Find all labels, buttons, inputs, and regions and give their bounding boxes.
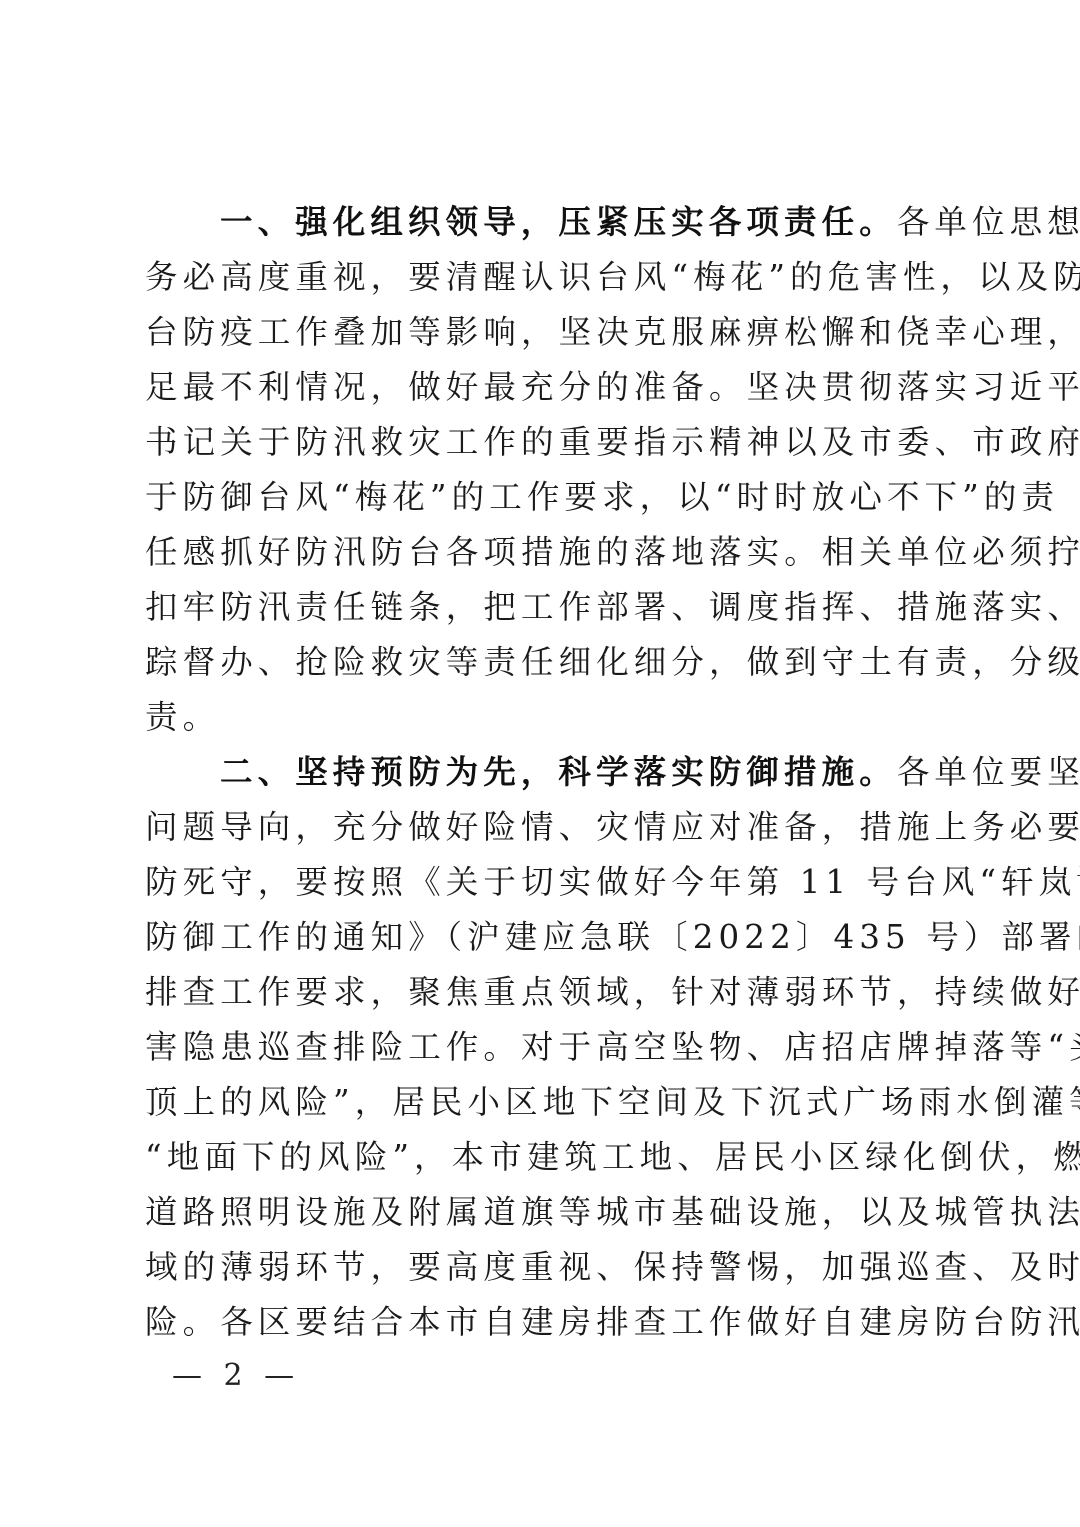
section-2-line-6: 害隐患巡查排险工作。对于高空坠物、店招店牌掉落等“头 bbox=[145, 1024, 940, 1079]
section-1-line-5: 书记关于防汛救灾工作的重要指示精神以及市委、市政府关 bbox=[145, 419, 940, 474]
section-1-line-3: 台防疫工作叠加等影响，坚决克服麻痹松懈和侥幸心理，立 bbox=[145, 309, 940, 364]
section-2-line-2: 问题导向，充分做好险情、灾情应对准备，措施上务必要严 bbox=[145, 804, 940, 859]
section-1-line-9: 踪督办、抢险救灾等责任细化细分，做到守土有责，分级负 bbox=[145, 639, 940, 694]
page-number: — 2 — bbox=[172, 1358, 300, 1393]
section-2-line-3: 防死守，要按照《关于切实做好今年第 11 号台风“轩岚诺” bbox=[145, 859, 940, 914]
section-2-line-11: 险。各区要结合本市自建房排查工作做好自建房防台防汛工 bbox=[145, 1299, 940, 1354]
section-2-line-4: 防御工作的通知》（沪建应急联〔2022〕435 号）部署的隐患 bbox=[145, 914, 940, 969]
section-1-heading-line: 一、强化组织领导，压紧压实各项责任。各单位思想上 bbox=[145, 199, 940, 254]
section-2-line-8: “地面下的风险”，本市建筑工地、居民小区绿化倒伏，燃气、 bbox=[145, 1134, 940, 1189]
document-body: 一、强化组织领导，压紧压实各项责任。各单位思想上 务必高度重视，要清醒认识台风“… bbox=[145, 199, 940, 1354]
document-page: 一、强化组织领导，压紧压实各项责任。各单位思想上 务必高度重视，要清醒认识台风“… bbox=[0, 0, 1080, 1527]
section-2-heading-line: 二、坚持预防为先，科学落实防御措施。各单位要坚持 bbox=[145, 749, 940, 804]
section-1-line-8: 扣牢防汛责任链条，把工作部署、调度指挥、措施落实、跟 bbox=[145, 584, 940, 639]
section-1-line-1-rest: 各单位思想上 bbox=[897, 203, 1080, 241]
section-1-heading: 一、强化组织领导，压紧压实各项责任。 bbox=[220, 203, 897, 241]
section-1-line-4: 足最不利情况，做好最充分的准备。坚决贯彻落实习近平总 bbox=[145, 364, 940, 419]
section-2-line-9: 道路照明设施及附属道旗等城市基础设施，以及城管执法领 bbox=[145, 1189, 940, 1244]
section-2-line-7: 顶上的风险”，居民小区地下空间及下沉式广场雨水倒灌等 bbox=[145, 1079, 940, 1134]
section-2-line-10: 域的薄弱环节，要高度重视、保持警惕，加强巡查、及时除 bbox=[145, 1244, 940, 1299]
section-1-line-7: 任感抓好防汛防台各项措施的落地落实。相关单位必须拧紧 bbox=[145, 529, 940, 584]
section-2-heading: 二、坚持预防为先，科学落实防御措施。 bbox=[220, 753, 897, 791]
section-2-line-1-rest: 各单位要坚持 bbox=[897, 753, 1080, 791]
section-2-line-5: 排查工作要求，聚焦重点领域，针对薄弱环节，持续做好灾 bbox=[145, 969, 940, 1024]
section-1-line-10: 责。 bbox=[145, 694, 940, 749]
section-1-line-2: 务必高度重视，要清醒认识台风“梅花”的危害性，以及防 bbox=[145, 254, 940, 309]
section-1-line-6: 于防御台风“梅花”的工作要求，以“时时放心不下”的责 bbox=[145, 474, 940, 529]
